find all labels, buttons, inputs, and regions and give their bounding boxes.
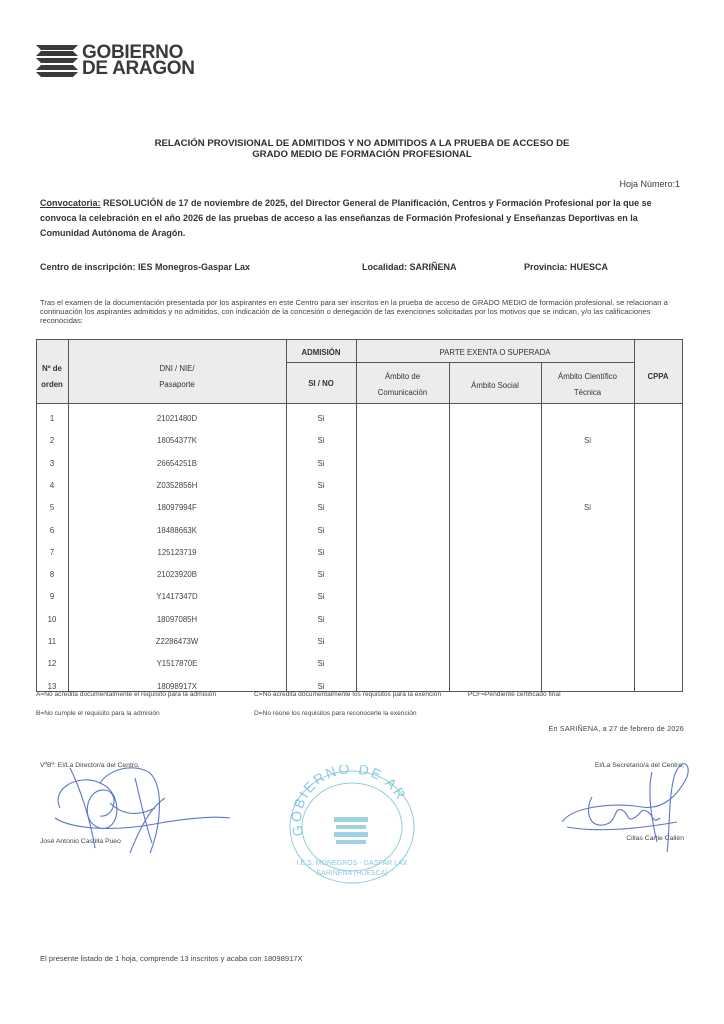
cell-orden: 11 [36,637,68,646]
intro-paragraph: Tras el examen de la documentación prese… [40,298,690,325]
cell-dni: Y1417347D [68,592,286,601]
legend-c: C=No acredita documentalmente los requis… [254,691,441,698]
cell-dni: Z0352856H [68,481,286,490]
header-social: Ámbito Social [449,381,541,390]
localidad: Localidad: SARIÑENA [362,262,457,272]
header-comunicacion-line2: Comunicación [356,388,449,397]
header-cientifico-line1: Ámbito Científico [541,372,634,381]
header-dni-line1: DNI / NIE/ [68,364,286,373]
cell-orden: 3 [36,459,68,468]
legend-pcf: PCF=Pendiente certificado final [468,691,561,698]
cell-admision: Si [286,459,356,468]
cell-admision: Si [286,481,356,490]
cell-admision: Si [286,503,356,512]
stamp-bottom-text-1: I.E.S. MONEGROS - GASPAR LAX [297,860,408,867]
cell-dni: 18054377K [68,436,286,445]
cell-dni: 21021480D [68,414,286,423]
legend-d: D=No reúne los requisitos para reconocer… [254,710,417,717]
gobierno-aragon-logo: GOBIERNO DE ARAGON [36,44,195,78]
director-signature-icon [40,748,240,863]
header-dni: DNI / NIE/ Pasaporte [68,364,286,389]
header-parte-exenta: PARTE EXENTA O SUPERADA [356,348,634,357]
legend-a: A=No acredita documentalmente el requisi… [36,691,216,698]
sheet-number: Hoja Número:1 [619,179,680,189]
header-cientifico-line2: Técnica [541,388,634,397]
cell-dni: 18097085H [68,615,286,624]
cell-dni: Y1517870E [68,659,286,668]
cell-admision: Si [286,526,356,535]
cell-admision: Si [286,659,356,668]
cell-admision: Si [286,615,356,624]
cell-orden: 5 [36,503,68,512]
secretary-signature-icon [552,752,702,862]
cell-dni: 18098917X [68,682,286,691]
cell-dni: 21023920B [68,570,286,579]
cell-admision: Si [286,548,356,557]
document-title: RELACIÓN PROVISIONAL DE ADMITIDOS Y NO A… [0,138,724,160]
centro-inscripcion: Centro de inscripción: IES Monegros-Gasp… [40,262,250,272]
header-dni-line2: Pasaporte [68,380,286,389]
provincia: Provincia: HUESCA [524,262,608,272]
header-cppa: CPPA [634,372,682,381]
cell-cientifico: Si [541,503,634,512]
header-orden-line2: orden [36,380,68,389]
cell-admision: Si [286,592,356,601]
official-stamp-icon: GOBIERNO DE ARAGÓN I.E.S. MONEGROS - GAS… [282,765,422,890]
header-si-no: SI / NO [286,379,356,388]
convocatoria-label: Convocatoria: [40,198,101,208]
cell-dni: 125123719 [68,548,286,557]
cell-cientifico: Si [541,436,634,445]
convocatoria-paragraph: Convocatoria: RESOLUCIÓN de 17 de noviem… [40,196,688,241]
cell-orden: 12 [36,659,68,668]
cell-admision: Si [286,682,356,691]
cell-admision: Si [286,637,356,646]
cell-orden: 7 [36,548,68,557]
cell-admision: Si [286,414,356,423]
cell-dni: 18097994F [68,503,286,512]
title-line-2: GRADO MEDIO DE FORMACIÓN PROFESIONAL [0,149,724,160]
legend-b: B=No cumple el requisito para la admisió… [36,710,160,717]
footer-summary: El presente listado de 1 hoja, comprende… [40,954,303,963]
cell-orden: 13 [36,682,68,691]
header-orden: Nº de orden [36,364,68,389]
title-line-1: RELACIÓN PROVISIONAL DE ADMITIDOS Y NO A… [0,138,724,149]
cell-dni: 18488663K [68,526,286,535]
cell-orden: 6 [36,526,68,535]
cell-dni: 26654251B [68,459,286,468]
header-comunicacion: Ámbito de Comunicación [356,372,449,397]
cell-orden: 8 [36,570,68,579]
logo-line-2: DE ARAGON [82,61,195,77]
cell-orden: 4 [36,481,68,490]
header-admision: ADMISIÓN [286,348,356,357]
cell-orden: 10 [36,615,68,624]
aragon-emblem-icon [36,45,78,77]
header-orden-line1: Nº de [36,364,68,373]
header-comunicacion-line1: Ámbito de [356,372,449,381]
cell-orden: 2 [36,436,68,445]
convocatoria-text: RESOLUCIÓN de 17 de noviembre de 2025, d… [40,198,652,238]
cell-admision: Si [286,436,356,445]
cell-orden: 1 [36,414,68,423]
cell-orden: 9 [36,592,68,601]
logo-wordmark: GOBIERNO DE ARAGON [82,45,195,77]
place-date: En SARIÑENA, a 27 de febrero de 2026 [549,724,684,733]
header-cientifico: Ámbito Científico Técnica [541,372,634,397]
cell-admision: Si [286,570,356,579]
stamp-bottom-text-2: SARIÑENA (HUESCA) [316,868,387,877]
cell-dni: Z2286473W [68,637,286,646]
